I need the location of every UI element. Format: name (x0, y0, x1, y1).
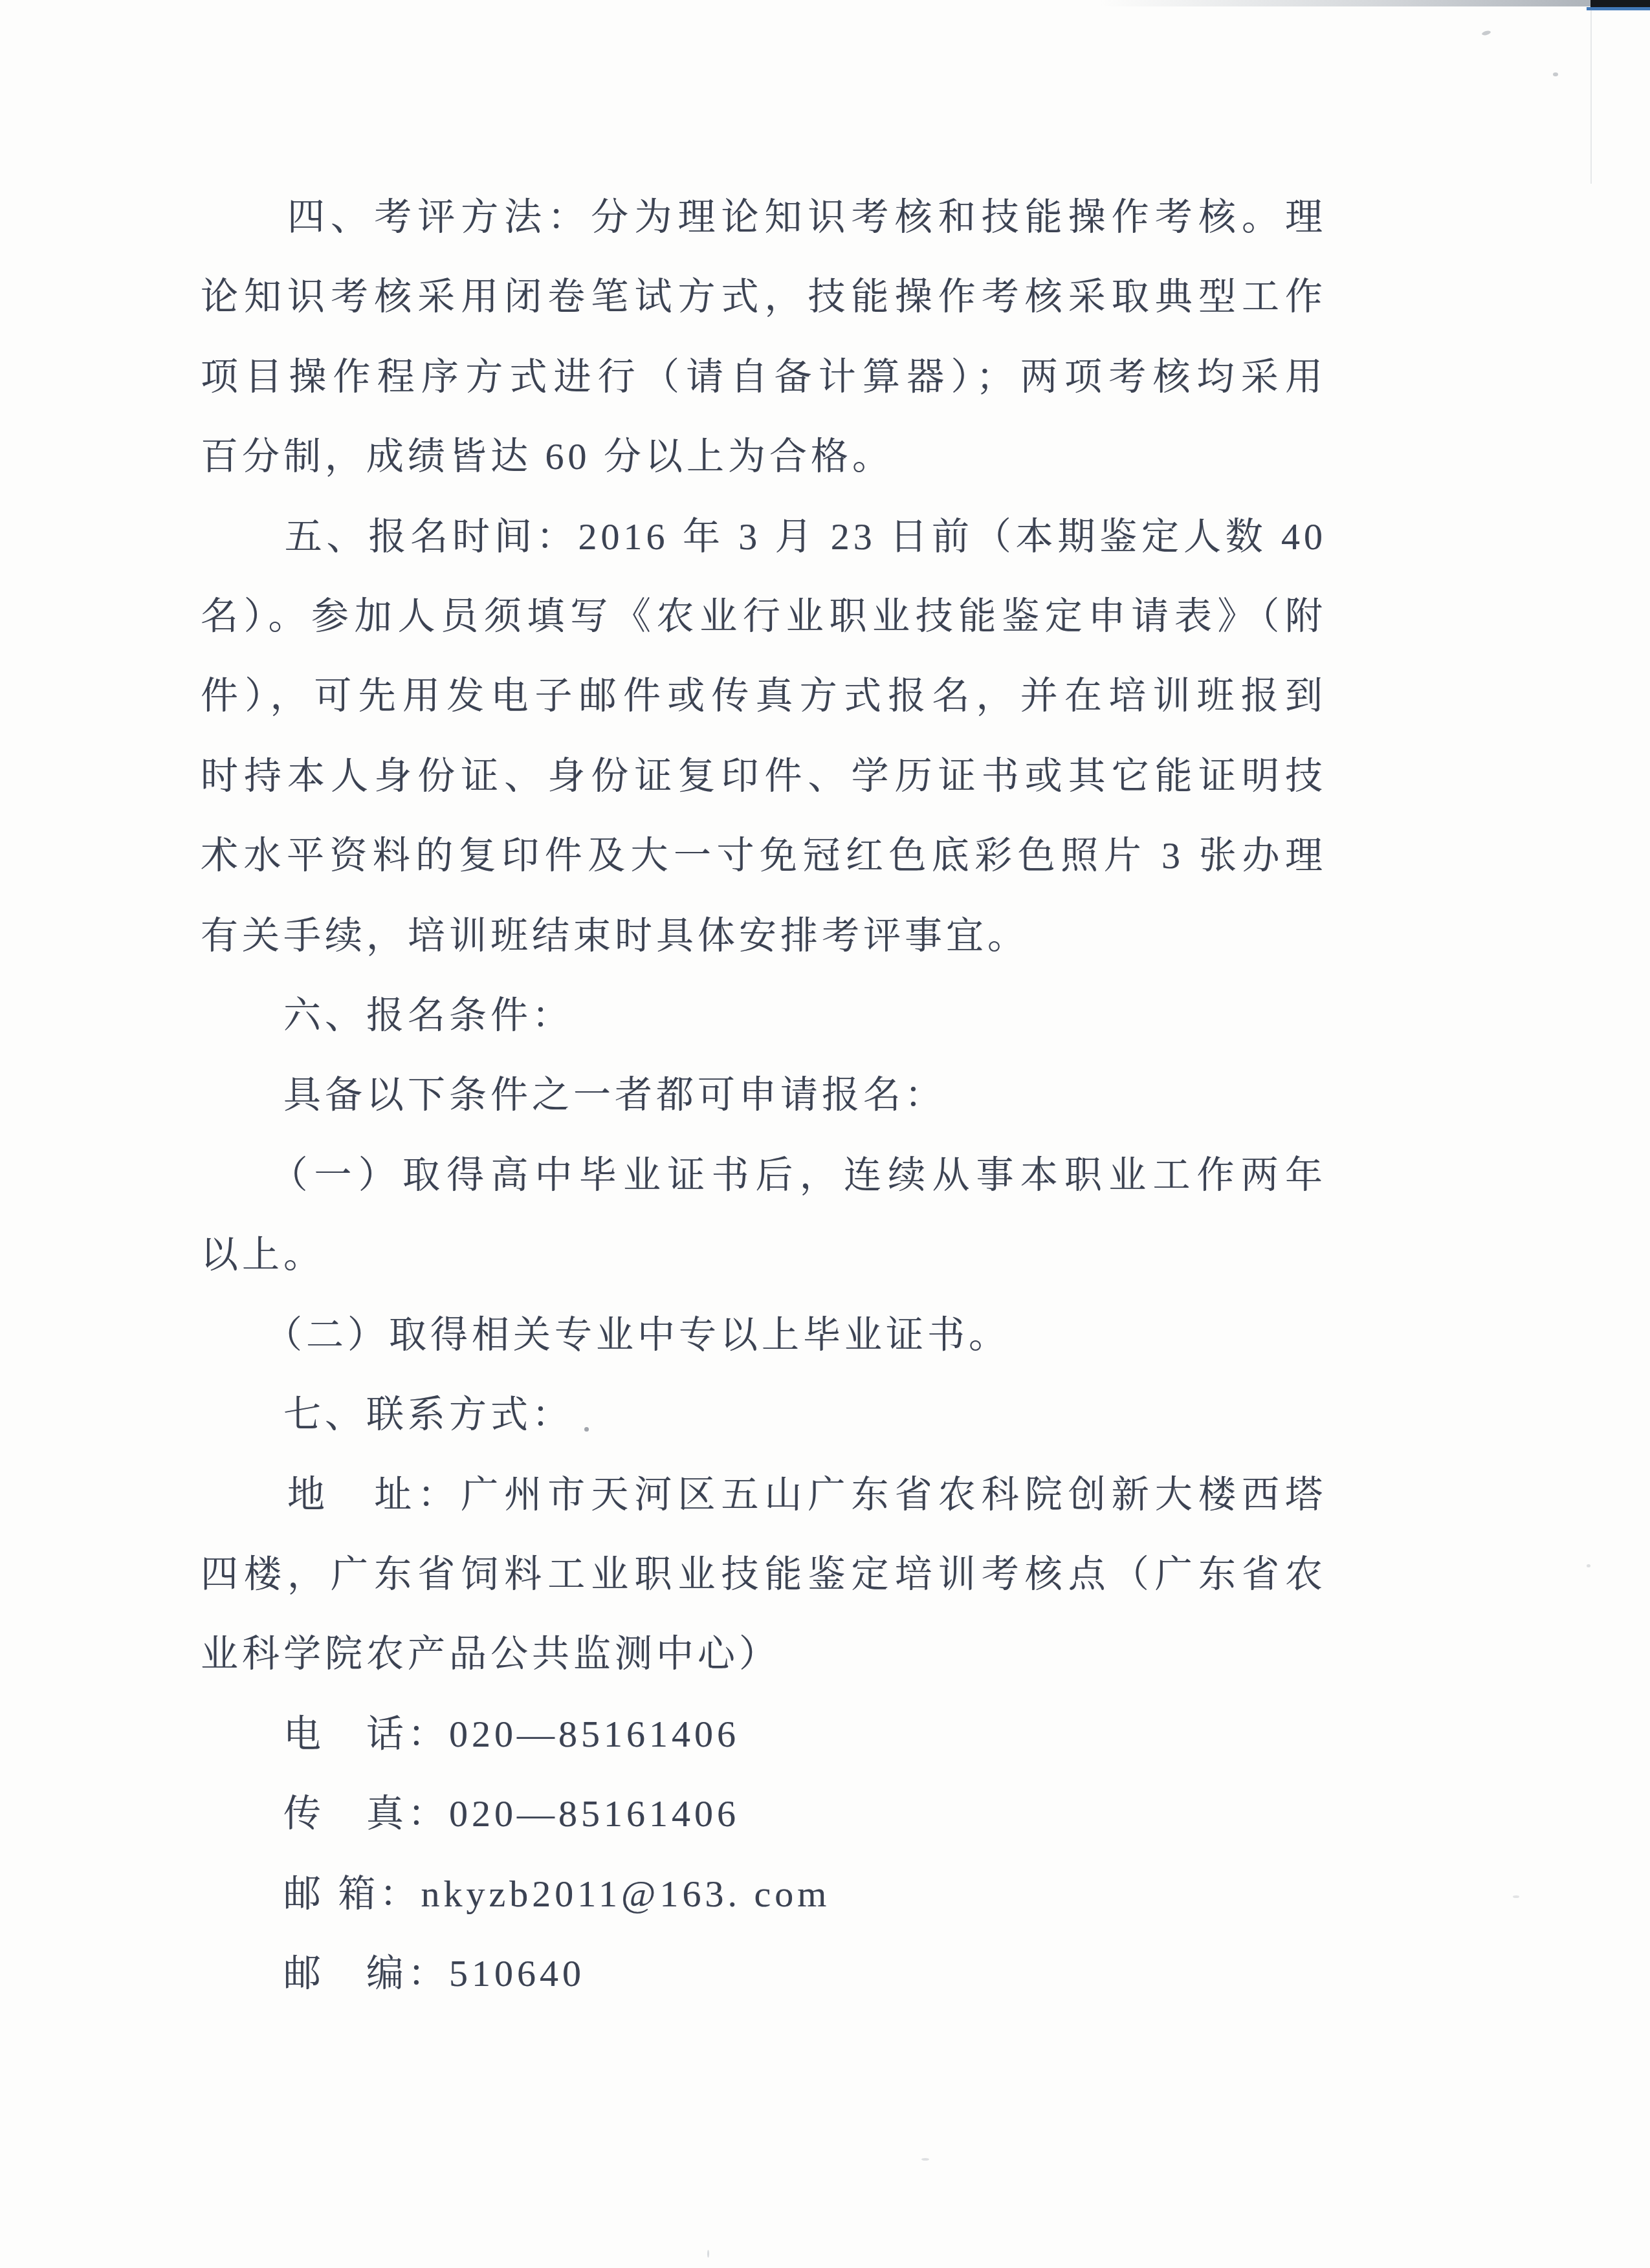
scan-speck (1587, 1564, 1590, 1567)
text-line: （二）取得相关专业中专以上毕业证书。 (201, 1295, 1326, 1375)
scan-speck (921, 2158, 929, 2161)
text-line: 邮 箱：nkyzb2011@163. com (201, 1854, 1326, 1934)
text-line: 有关手续，培训班结束时具体安排考评事宜。 (201, 896, 1326, 976)
scan-speck (1513, 1895, 1519, 1898)
text-line: 电 话：020—85161406 (201, 1694, 1326, 1774)
text-line: （一）取得高中毕业证书后，连续从事本职业工作两年 (201, 1135, 1326, 1215)
text-line: 以上。 (201, 1215, 1326, 1294)
text-line: 四楼，广东省饲料工业职业技能鉴定培训考核点（广东省农 (201, 1534, 1326, 1614)
scan-speck (1553, 72, 1558, 76)
scan-speck (707, 2250, 709, 2258)
document-text-block: 四、考评方法：分为理论知识考核和技能操作考核。理 论知识考核采用闭卷笔试方式，技… (201, 177, 1326, 2013)
scan-artifact-corner-blue (1587, 7, 1650, 10)
text-line: 七、联系方式： (201, 1375, 1326, 1454)
document-page: 四、考评方法：分为理论知识考核和技能操作考核。理 论知识考核采用闭卷笔试方式，技… (0, 0, 1650, 2268)
text-line: 名）。参加人员须填写《农业行业职业技能鉴定申请表》（附 (201, 576, 1326, 656)
text-line: 四、考评方法：分为理论知识考核和技能操作考核。理 (201, 177, 1326, 257)
text-line: 件），可先用发电子邮件或传真方式报名，并在培训班报到 (201, 656, 1326, 736)
text-line: 时持本人身份证、身份证复印件、学历证书或其它能证明技 (201, 736, 1326, 816)
text-line: 邮 编：510640 (201, 1934, 1326, 2013)
text-line: 六、报名条件： (201, 976, 1326, 1055)
text-line: 五、报名时间：2016 年 3 月 23 日前（本期鉴定人数 40 (201, 497, 1326, 576)
scan-artifact-vertical-line (1590, 9, 1592, 184)
text-line: 地 址：广州市天河区五山广东省农科院创新大楼西塔 (201, 1455, 1326, 1534)
text-line: 业科学院农产品公共监测中心） (201, 1614, 1326, 1694)
text-line: 百分制，成绩皆达 60 分以上为合格。 (201, 417, 1326, 496)
text-line: 论知识考核采用闭卷笔试方式，技能操作考核采取典型工作 (201, 257, 1326, 336)
scan-speck (1481, 30, 1491, 36)
text-line: 具备以下条件之一者都可申请报名： (201, 1055, 1326, 1135)
text-line: 项目操作程序方式进行（请自备计算器）；两项考核均采用 (201, 337, 1326, 417)
scan-artifact-top-band (1100, 0, 1592, 6)
text-line: 传 真：020—85161406 (201, 1774, 1326, 1853)
text-line: 术水平资料的复印件及大一寸免冠红色底彩色照片 3 张办理 (201, 816, 1326, 895)
